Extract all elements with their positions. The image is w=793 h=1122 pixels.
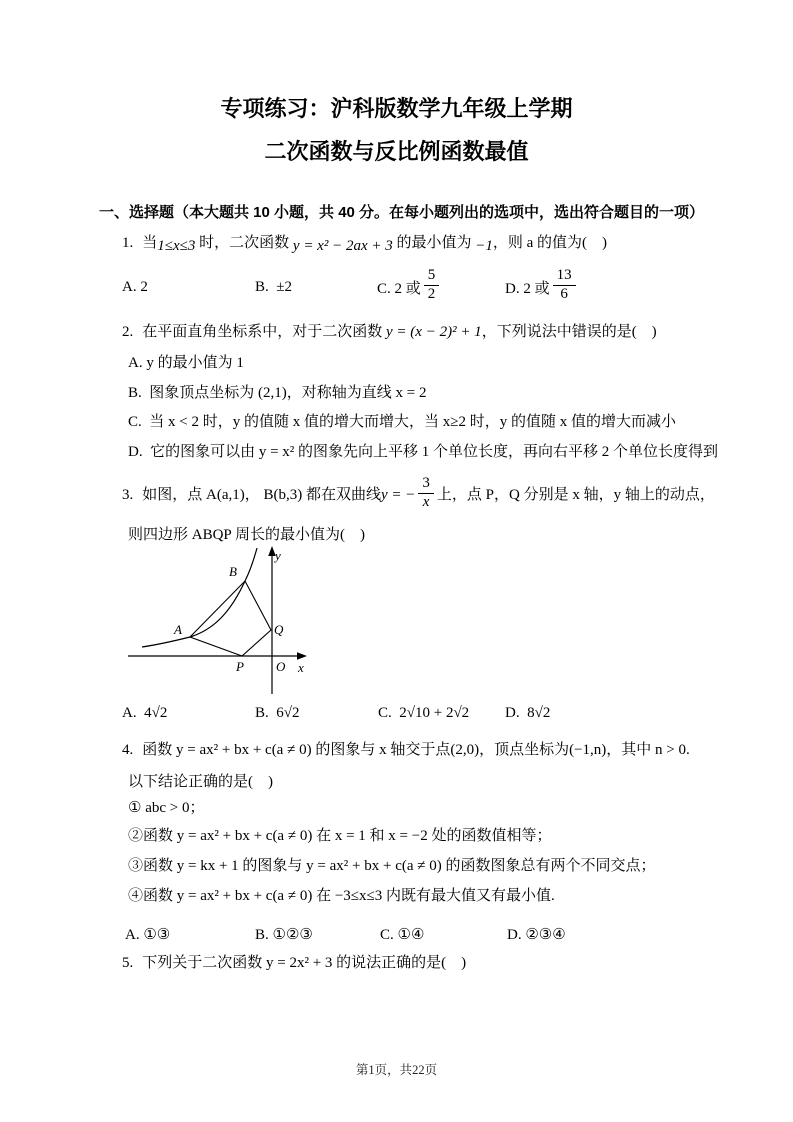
q1-text-run: ，则 a 的值为( ) [493, 235, 607, 251]
question-4-stem: 4.函数 y = ax² + bx + c(a ≠ 0) 的图象与 x 轴交于点… [122, 740, 690, 760]
figure-label-q: Q [274, 622, 284, 637]
q2-option-c: C. 当 x < 2 时，y 的值随 x 值的增大而增大，当 x≥2 时，y 的… [128, 412, 676, 432]
question-4-number: 4. [122, 740, 133, 760]
q1-text-run: 时，二次函数 [195, 235, 293, 251]
page-subtitle: 二次函数与反比例函数最值 [0, 135, 793, 166]
fraction-numerator: 5 [424, 267, 440, 285]
fraction: 52 [424, 267, 440, 303]
figure-label-p: P [235, 659, 244, 674]
q3-option-d: D. 8√2 [505, 703, 550, 723]
fraction: 136 [553, 267, 576, 303]
question-1-number: 1. [122, 233, 133, 253]
figure-label-origin: O [276, 659, 286, 674]
fraction: 3x [418, 475, 434, 511]
figure-label-x: x [297, 660, 304, 675]
q4-option-a: A. ①③ [125, 925, 170, 945]
document-page: 专项练习：沪科版数学九年级上学期 二次函数与反比例函数最值 一、选择题（本大题共… [0, 0, 793, 1122]
page-footer: 第1页，共22页 [0, 1060, 793, 1078]
question-2-stem: 2.在平面直角坐标系中，对于二次函数 y = (x − 2)² + 1，下列说法… [122, 322, 657, 342]
figure-canvas: y x O A B P Q [126, 546, 316, 700]
question-3-stem: 3.如图，点 A(a,1)， B(b,3) 都在双曲线 y = −3x 上，点 … [122, 476, 715, 514]
q3-option-c: C. 2√10 + 2√2 [378, 703, 469, 723]
figure-label-b: B [229, 564, 237, 579]
quadrilateral-abqp [190, 581, 271, 656]
section-heading: 一、选择题（本大题共 10 小题，共 40 分。在每小题列出的选项中，选出符合题… [99, 201, 704, 222]
q2-text-run: 在平面直角坐标系中，对于二次函数 [142, 324, 386, 340]
q1-option-d-label: D. 2 或 [505, 277, 550, 298]
q4-stem-line2: 以下结论正确的是( ) [128, 772, 273, 792]
q4-option-b: B. ①②③ [255, 925, 313, 945]
question-1-stem: 1.当1≤x≤3 时，二次函数 y = x² − 2ax + 3 的最小值为 −… [122, 233, 607, 253]
q1-text-run: 当 [142, 235, 157, 251]
q4-text-run: 函数 y = ax² + bx + c(a ≠ 0) 的图象与 x 轴交于点(2… [142, 742, 689, 758]
hyperbola-figure: y x O A B P Q [126, 546, 316, 705]
q3-text-run: 如图，点 A(a,1)， B(b,3) 都在双曲线 [142, 485, 381, 505]
fraction-denominator: 2 [424, 286, 440, 303]
q2-math-run: y = (x − 2)² + 1 [386, 324, 482, 340]
q4-option-c: C. ①④ [380, 925, 424, 945]
fraction-numerator: 13 [553, 267, 576, 285]
q1-math-run: y = x² − 2ax + 3 [293, 238, 393, 254]
q4-item-3: ③函数 y = kx + 1 的图象与 y = ax² + bx + c(a ≠… [128, 856, 656, 876]
q1-option-b: B. ±2 [255, 264, 292, 310]
question-5-number: 5. [122, 953, 133, 973]
q1-option-c: C. 2 或 52 [377, 264, 442, 310]
fraction-denominator: x [418, 494, 434, 511]
q4-item-2: ②函数 y = ax² + bx + c(a ≠ 0) 在 x = 1 和 x … [128, 826, 551, 846]
question-2-number: 2. [122, 322, 133, 342]
q1-option-c-label: C. 2 或 [377, 277, 421, 298]
q1-math-run: −1 [475, 238, 493, 254]
question-5-stem: 5.下列关于二次函数 y = 2x² + 3 的说法正确的是( ) [122, 953, 466, 973]
q1-option-a-label: A. 2 [122, 279, 148, 296]
question-3-number: 3. [122, 485, 133, 505]
q1-option-b-label: B. ±2 [255, 279, 292, 296]
q1-option-d: D. 2 或 136 [505, 264, 579, 310]
q2-text-run: ，下列说法中错误的是( ) [482, 324, 657, 340]
q3-option-b: B. 6√2 [255, 703, 300, 723]
hyperbola-curve [142, 548, 257, 647]
q4-option-d: D. ②③④ [507, 925, 566, 945]
figure-label-a: A [173, 622, 182, 637]
q2-option-a: A. y 的最小值为 1 [128, 353, 244, 373]
q1-option-a: A. 2 [122, 264, 148, 310]
q4-item-1: ① abc > 0； [128, 798, 204, 818]
q4-item-4: ④函数 y = ax² + bx + c(a ≠ 0) 在 −3≤x≤3 内既有… [128, 886, 555, 906]
x-axis-arrow-icon [297, 652, 307, 660]
fraction-numerator: 3 [418, 475, 434, 493]
figure-label-y: y [273, 548, 281, 563]
q1-text-run: 的最小值为 [393, 235, 476, 251]
q3-math-run: y = − [381, 485, 415, 505]
q2-option-d: D. 它的图象可以由 y = x² 的图象先向上平移 1 个单位长度，再向右平移… [128, 442, 718, 462]
q3-stem-line2: 则四边形 ABQP 周长的最小值为( ) [128, 525, 365, 545]
q3-text-run: 上，点 P，Q 分别是 x 轴，y 轴上的动点， [437, 485, 715, 505]
q2-option-b: B. 图象顶点坐标为 (2,1)，对称轴为直线 x = 2 [128, 383, 426, 403]
page-title: 专项练习：沪科版数学九年级上学期 [0, 92, 793, 123]
fraction-denominator: 6 [553, 286, 576, 303]
q3-option-a: A. 4√2 [122, 703, 167, 723]
q5-text-run: 下列关于二次函数 y = 2x² + 3 的说法正确的是( ) [142, 955, 466, 971]
q1-math-run: 1≤x≤3 [157, 238, 195, 254]
